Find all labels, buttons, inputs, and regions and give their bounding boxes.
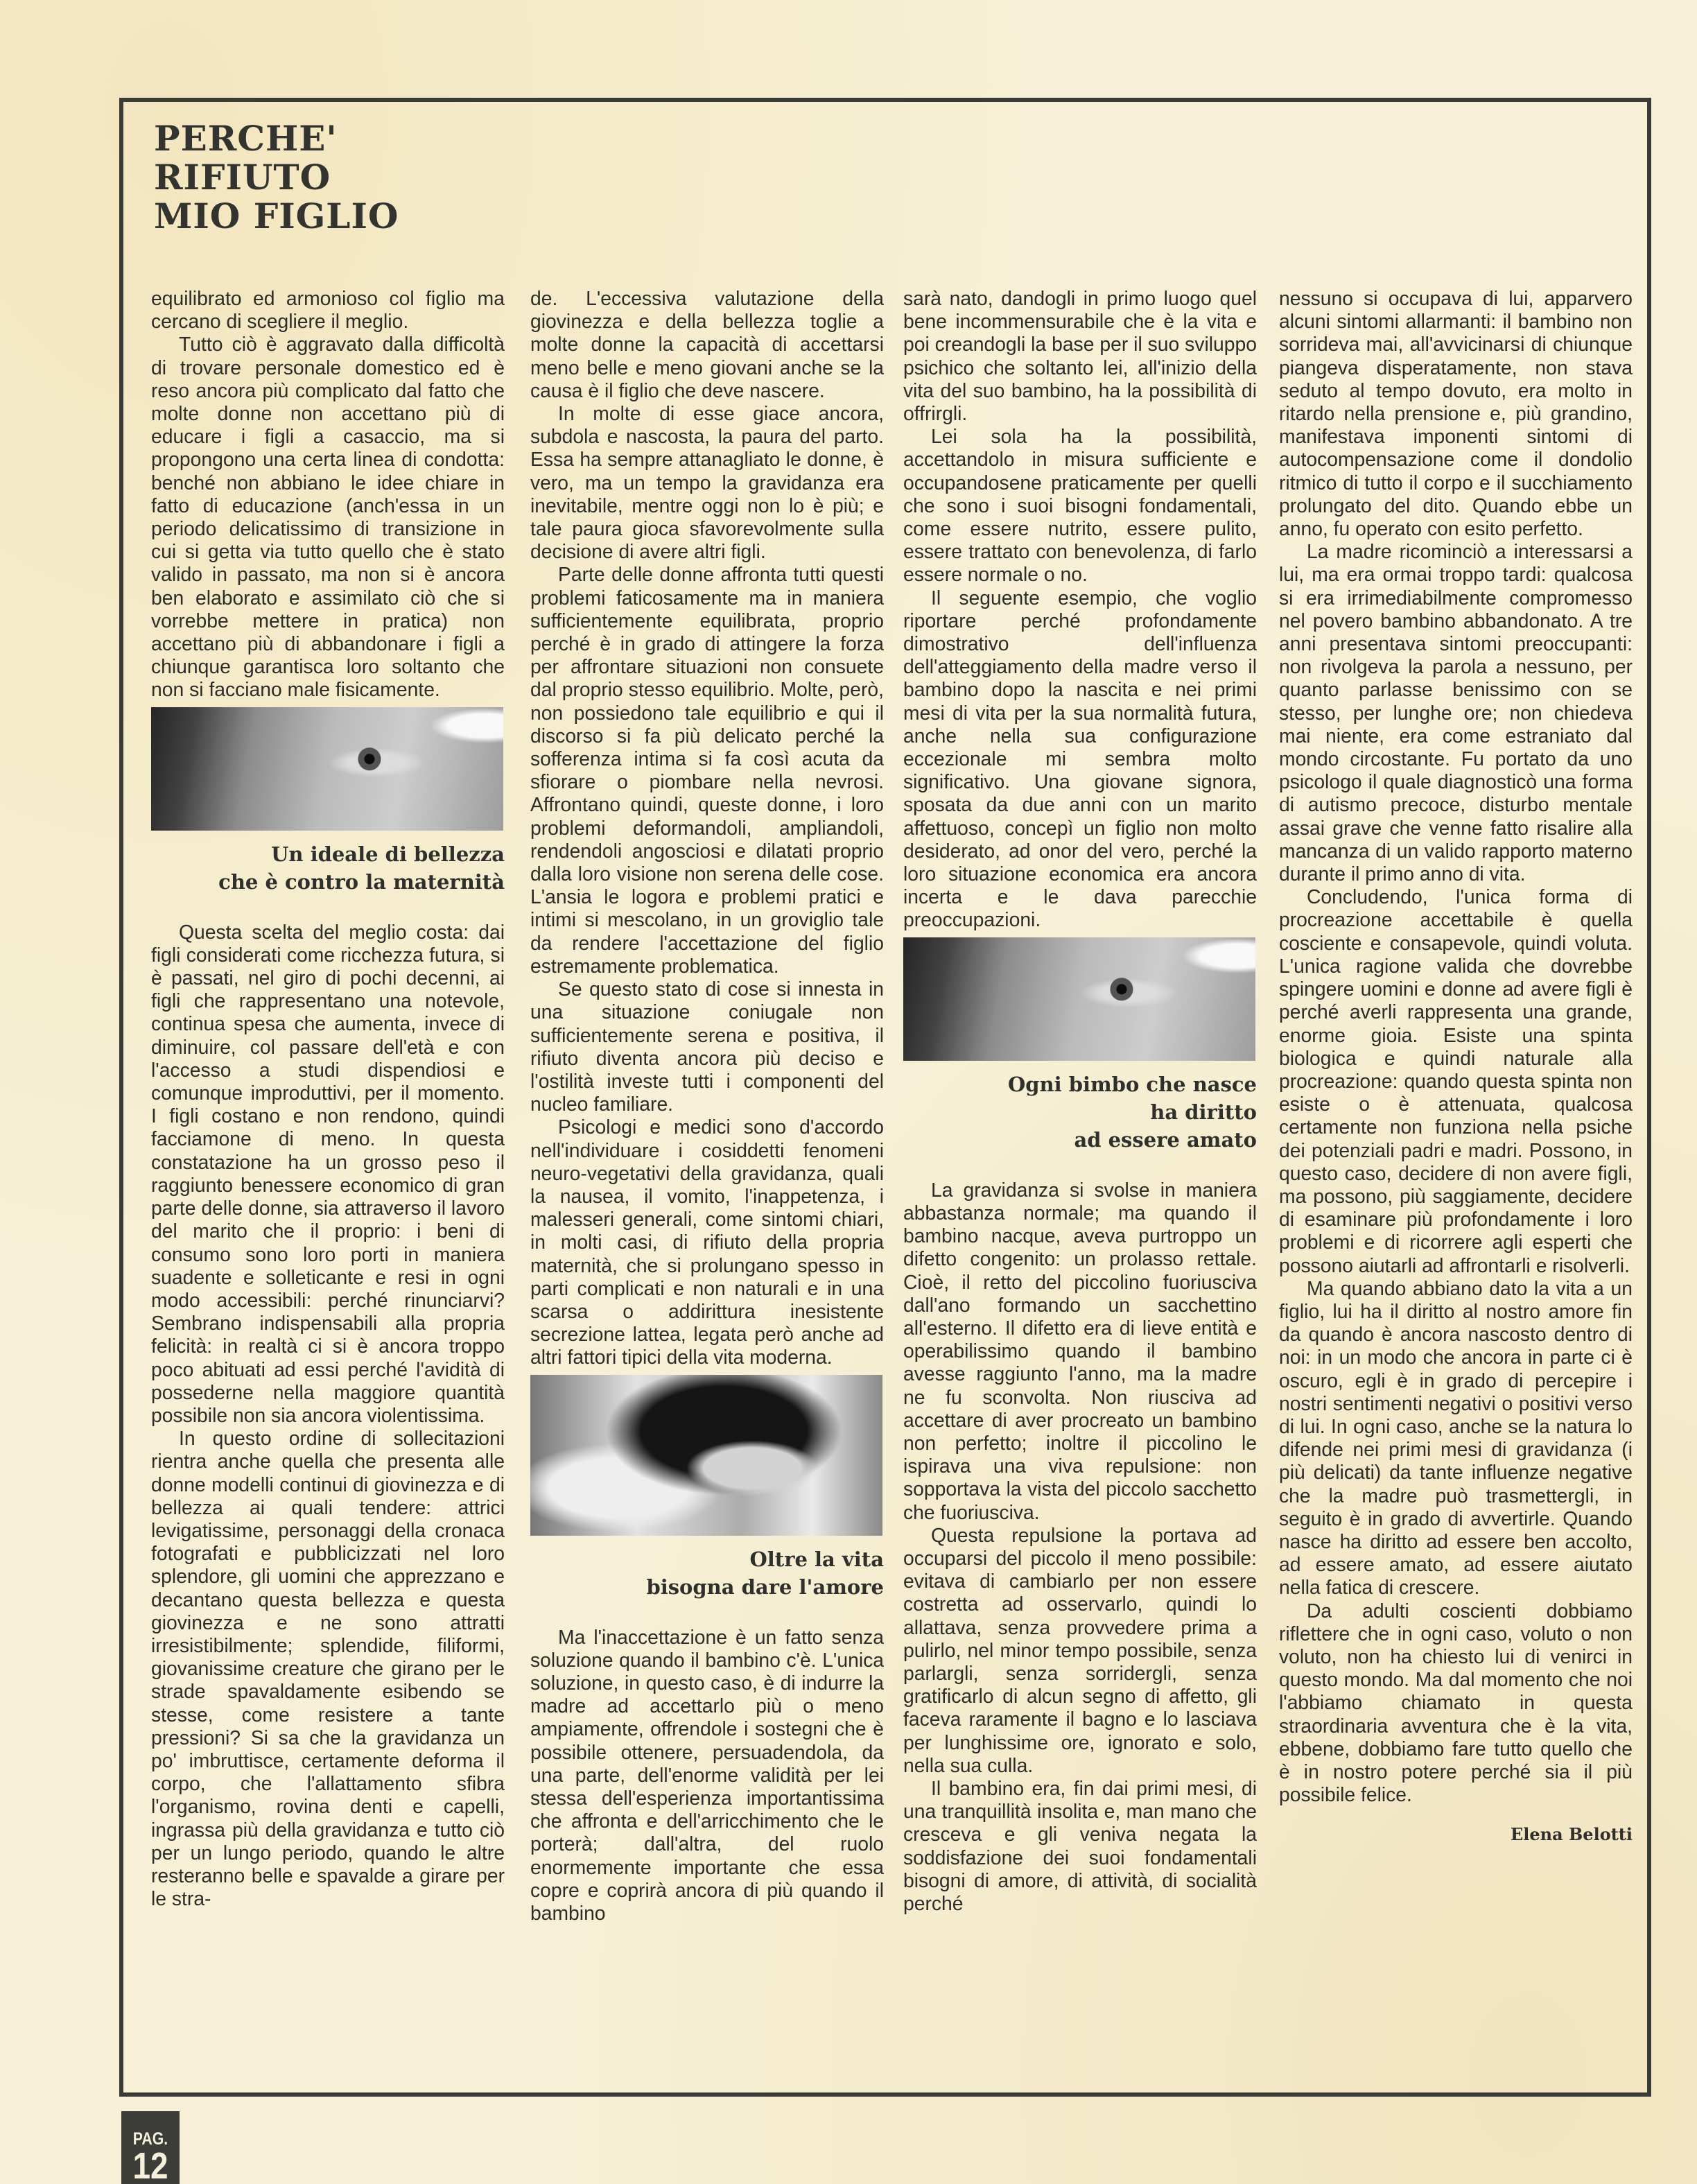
section-subheading: Ogni bimbo che nasce ha diritto ad esser… [903, 1071, 1257, 1154]
paragraph: Da adulti coscienti dobbiamo riflettere … [1279, 1600, 1633, 1807]
subheading-line: Un ideale di bellezza [151, 840, 505, 868]
paragraph: de. L'eccessiva valutazione della giovin… [530, 287, 884, 402]
paragraph: In questo ordine di sollecitazioni rient… [151, 1427, 505, 1910]
text-column-3: sarà nato, dandogli in primo luogo quel … [903, 287, 1257, 1915]
section-subheading: Un ideale di bellezza che è contro la ma… [151, 840, 505, 896]
title-line: MIO FIGLIO [154, 197, 399, 236]
paragraph: Parte delle donne affronta tutti questi … [530, 563, 884, 978]
author-signature: Elena Belotti [1279, 1824, 1633, 1844]
paragraph: equilibrato ed armonioso col figlio ma c… [151, 287, 505, 333]
page-number: 12 [125, 2148, 175, 2184]
paragraph: Lei sola ha la possibilità, accettandolo… [903, 425, 1257, 586]
paragraph: Concludendo, l'unica forma di procreazio… [1279, 885, 1633, 1276]
paragraph: sarà nato, dandogli in primo luogo quel … [903, 287, 1257, 425]
paragraph: In molte di esse giace ancora, subdola e… [530, 402, 884, 563]
page-number-box: PAG. 12 [121, 2111, 180, 2184]
paragraph: Questa scelta del meglio costa: dai figl… [151, 921, 505, 1427]
subheading-line: Ogni bimbo che nasce [903, 1071, 1257, 1098]
title-line: PERCHE' [154, 119, 399, 158]
paragraph: Se questo stato di cose si innesta in un… [530, 978, 884, 1116]
text-column-4: nessuno si occupava di lui, apparvero al… [1279, 287, 1633, 1844]
paragraph: La madre ricominciò a interessarsi a lui… [1279, 540, 1633, 885]
paragraph: Ma quando abbiano dato la vita a un figl… [1279, 1277, 1633, 1600]
subheading-line: Oltre la vita [530, 1545, 884, 1573]
article-title: PERCHE' RIFIUTO MIO FIGLIO [154, 119, 399, 236]
baby-photo [903, 937, 1255, 1061]
paragraph: La gravidanza si svolse in maniera abbas… [903, 1179, 1257, 1524]
text-column-2: de. L'eccessiva valutazione della giovin… [530, 287, 884, 1925]
paragraph: Il bambino era, fin dai primi mesi, di u… [903, 1777, 1257, 1915]
text-column-1: equilibrato ed armonioso col figlio ma c… [151, 287, 505, 1910]
paragraph: Questa repulsione la portava ad occupars… [903, 1524, 1257, 1777]
paragraph: Tutto ciò è aggravato dalla difficoltà d… [151, 333, 505, 701]
subheading-line: bisogna dare l'amore [530, 1573, 884, 1601]
paragraph: nessuno si occupava di lui, apparvero al… [1279, 287, 1633, 540]
section-subheading: Oltre la vita bisogna dare l'amore [530, 1545, 884, 1601]
paragraph: Psicologi e medici sono d'accordo nell'i… [530, 1116, 884, 1369]
baby-photo [151, 707, 503, 831]
subheading-line: ad essere amato [903, 1126, 1257, 1154]
title-line: RIFIUTO [154, 158, 399, 197]
subheading-line: che è contro la maternità [151, 868, 505, 896]
paragraph: Ma l'inaccettazione è un fatto senza sol… [530, 1626, 884, 1925]
paragraph: Il seguente esempio, che voglio riportar… [903, 587, 1257, 932]
woman-photo [530, 1375, 882, 1536]
subheading-line: ha diritto [903, 1098, 1257, 1126]
